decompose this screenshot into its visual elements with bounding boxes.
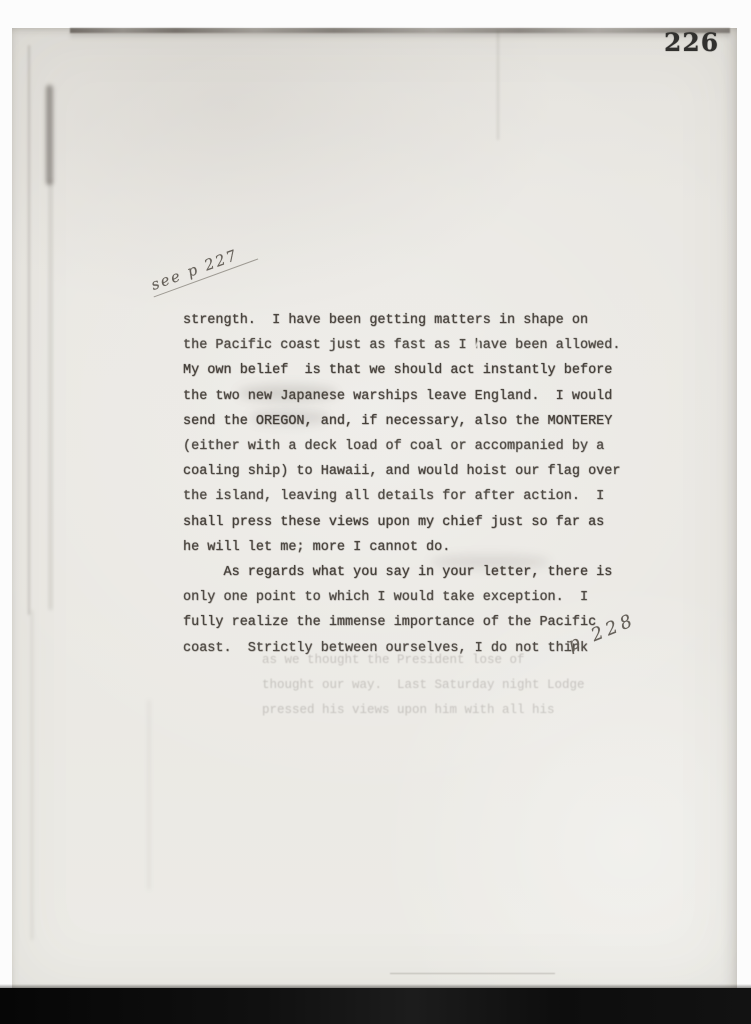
typed-line: shall press these views upon my chief ju… (183, 510, 653, 535)
typed-line: strength. I have been getting matters in… (183, 308, 653, 333)
scanned-letter-page: 226 see p 227 strength. I have been gett… (0, 0, 751, 1024)
typed-line: send the OREGON, and, if necessary, also… (183, 409, 653, 434)
typed-line: only one point to which I would take exc… (183, 585, 653, 610)
bleed-through-text: as we thought the President lose ofthoug… (262, 648, 662, 723)
top-edge-shadow (70, 31, 730, 40)
typed-line: My own belief is that we should act inst… (183, 358, 653, 383)
bleed-through-line-text: thought our way. Last Saturday night Lod… (262, 673, 662, 698)
page-number-stamp: 226 (664, 28, 719, 57)
typed-line: the Pacific coast just as fast as I have… (183, 333, 653, 358)
faint-crease (148, 700, 150, 890)
typed-line: As regards what you say in your letter, … (183, 560, 653, 585)
faint-crease-top (497, 30, 499, 140)
typed-text-block: strength. I have been getting matters in… (183, 308, 653, 661)
scanner-bed-band (0, 988, 751, 1024)
page-fold-line-lower (31, 610, 33, 940)
typed-line: the island, leaving all details for afte… (183, 484, 653, 509)
typed-line: he will let me; more I cannot do. (183, 535, 653, 560)
left-crease-line (49, 180, 52, 610)
bleed-through-line-text: as we thought the President lose of (262, 648, 662, 673)
typed-line: coaling ship) to Hawaii, and would hoist… (183, 459, 653, 484)
typed-line: (either with a deck load of coal or acco… (183, 434, 653, 459)
typed-line: the two new Japanese warships leave Engl… (183, 384, 653, 409)
left-edge-smudge (46, 85, 53, 185)
page-fold-line (28, 45, 30, 615)
bleed-through-line-text: pressed his views upon him with all his (262, 698, 662, 723)
bleed-through-line (390, 973, 555, 974)
